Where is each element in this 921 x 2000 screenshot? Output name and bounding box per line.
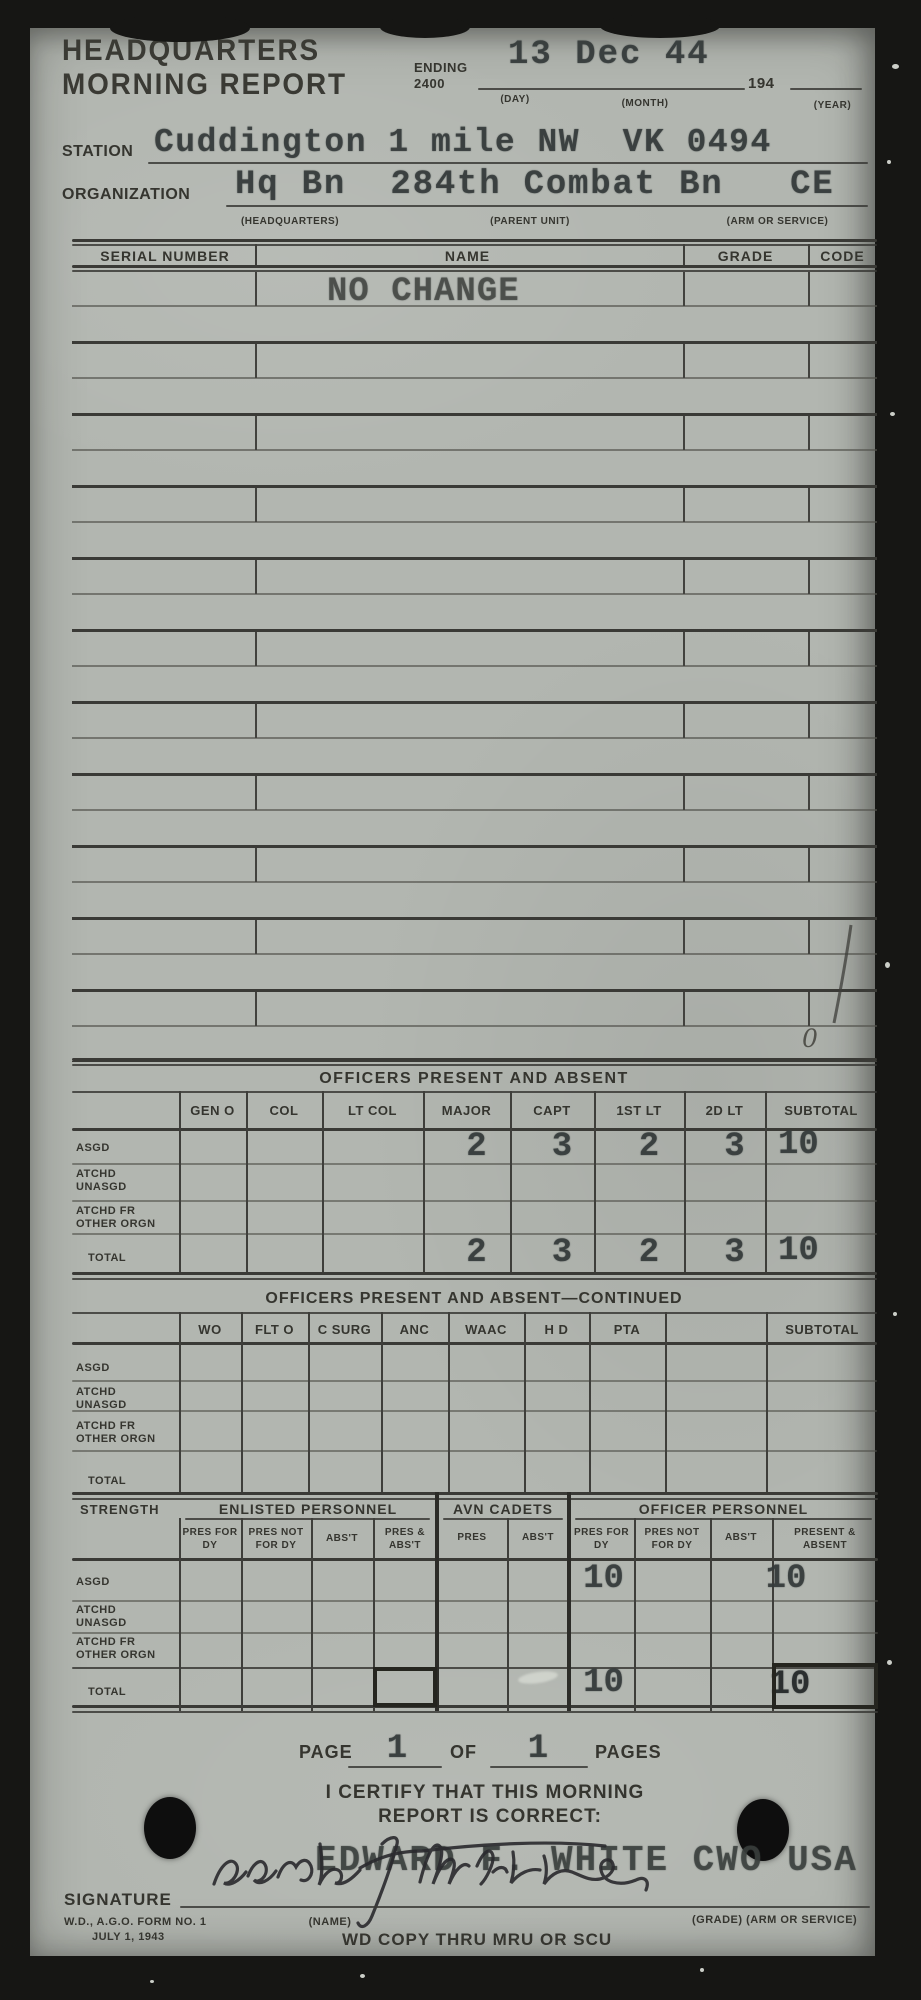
strength-grid-v6 [634, 1518, 636, 1711]
officers-asgd-capt: 3 [520, 1128, 604, 1166]
strength-grid-v7 [710, 1518, 712, 1711]
officers-continued-title: OFFICERS PRESENT AND ABSENT—CONTINUED [174, 1290, 774, 1308]
continued-row-rule1 [72, 1380, 877, 1382]
continued-row-total: TOTAL [88, 1475, 126, 1487]
strength-group-underline1 [185, 1518, 430, 1520]
scanned-morning-report: HEADQUARTERS MORNING REPORT ENDING 2400 … [0, 0, 921, 2000]
day-label: (DAY) [480, 94, 550, 105]
year-underline [790, 88, 862, 90]
pages-label: PAGES [595, 1742, 662, 1763]
strength-total-off-pres: 10 [573, 1664, 634, 1702]
station-label: STATION [62, 143, 133, 161]
officers-col-2d-lt: 2D LT [684, 1103, 765, 1118]
roster-header-sep1 [255, 244, 257, 265]
officers-row-rule2 [72, 1200, 877, 1202]
form-number: W.D., A.G.O. FORM NO. 1 [64, 1916, 207, 1928]
continued-grid-v5 [448, 1312, 450, 1492]
officers-total-capt: 3 [520, 1234, 604, 1272]
officers-asgd-major: 2 [433, 1128, 520, 1166]
continued-grid-v9 [766, 1312, 768, 1492]
continued-grid-v2 [241, 1312, 243, 1492]
roster-entry-no-change: NO CHANGE [327, 273, 520, 311]
page-underline [348, 1766, 442, 1768]
scan-edge-blob2 [380, 16, 470, 38]
strength-top-rule2 [72, 1498, 878, 1500]
continued-col-c-surg: C SURG [308, 1322, 381, 1337]
officers-row-atchd-fr: ATCHD FR [76, 1205, 135, 1217]
strength-col-enl-pres-abst: PRES & ABS'T [375, 1526, 435, 1552]
officers-total-2d-lt: 3 [694, 1234, 775, 1272]
strength-bottom-rule [72, 1705, 878, 1708]
strength-col-enl-abst: ABS'T [311, 1532, 373, 1545]
officers-top-rule [72, 1091, 877, 1093]
strength-row-rule1 [72, 1600, 878, 1602]
continued-grid-v6 [524, 1312, 526, 1492]
officers-col-gen-o: GEN O [179, 1103, 246, 1118]
certify-line1: I CERTIFY THAT THIS MORNING [235, 1782, 735, 1804]
continued-col-waac: WAAC [448, 1322, 524, 1337]
whiteout-smudge [517, 1669, 558, 1685]
scan-speck8 [700, 1968, 704, 1972]
scan-speck4 [885, 962, 890, 968]
strength-row-unasgd: UNASGD [76, 1617, 127, 1629]
continued-grid-v1 [179, 1312, 181, 1492]
officers-col-capt: CAPT [510, 1103, 594, 1118]
roster-header-sep2 [683, 244, 685, 265]
typed-signature-name: EDWARD F. WHITE CWO USA [315, 1840, 858, 1881]
continued-grid-v3 [308, 1312, 310, 1492]
continued-row-rule2 [72, 1410, 877, 1412]
month-label: (MONTH) [605, 98, 685, 109]
scan-speck1 [892, 64, 899, 69]
officers-bottom-rule [72, 1272, 877, 1275]
officers-col-major: MAJOR [423, 1103, 510, 1118]
roster-tick-code [808, 272, 810, 1060]
certify-line2: REPORT IS CORRECT: [240, 1806, 740, 1828]
officers-total-subtotal: 10 [778, 1232, 819, 1270]
continued-grid-v8 [665, 1312, 667, 1492]
strength-asgd-off-present-absent: 10 [746, 1560, 826, 1598]
scan-speck6 [887, 1660, 892, 1665]
strength-group-sep2 [567, 1492, 571, 1711]
officers-grid-v3 [322, 1091, 324, 1272]
organization-label: ORGANIZATION [62, 186, 190, 204]
officers-row-asgd: ASGD [76, 1142, 110, 1154]
strength-group-officer: OFFICER PERSONNEL [569, 1501, 878, 1517]
strength-row-rule2 [72, 1632, 878, 1634]
organization-underline [226, 205, 868, 207]
strength-row-total: TOTAL [88, 1686, 126, 1698]
continued-row-atchd: ATCHD [76, 1386, 116, 1398]
roster-col-grade: GRADE [683, 248, 808, 264]
roster-ruled-body [72, 272, 877, 1062]
roster-bottom-rule2 [72, 1064, 877, 1066]
scan-speck3 [890, 412, 895, 416]
roster-top-rule2 [72, 244, 877, 246]
strength-bottom-rule2 [72, 1711, 878, 1713]
strength-grid-v1 [179, 1518, 181, 1711]
continued-row-rule3 [72, 1450, 877, 1452]
scan-speck9 [150, 1980, 154, 1983]
officers-col-lt-col: LT COL [322, 1103, 423, 1118]
year-label: (YEAR) [795, 100, 870, 111]
continued-grid-v7 [589, 1312, 591, 1492]
scan-speck7 [360, 1974, 365, 1978]
roster-tick-grade [683, 272, 685, 1060]
continued-col-anc: ANC [381, 1322, 448, 1337]
strength-total-enl-pres-abst-box [373, 1667, 437, 1707]
officers-col-subtotal: SUBTOTAL [765, 1103, 877, 1118]
parent-unit-sublabel: (PARENT UNIT) [470, 216, 590, 227]
headquarters-sublabel: (HEADQUARTERS) [225, 216, 355, 227]
punch-hole-left [144, 1797, 196, 1859]
strength-grid-v2 [241, 1518, 243, 1711]
scan-edge-blob3 [600, 14, 720, 38]
strength-col-avn-abst: ABS'T [507, 1532, 569, 1543]
of-label: OF [450, 1742, 477, 1763]
officers-total-major: 2 [433, 1234, 520, 1272]
strength-group-underline2 [443, 1518, 563, 1520]
form-date: JULY 1, 1943 [92, 1931, 165, 1943]
roster-top-rule [72, 239, 877, 242]
roster-tick-serial [255, 272, 257, 1060]
strength-grid-v3 [311, 1518, 313, 1711]
roster-col-code: CODE [808, 248, 877, 264]
roster-bottom-rule [72, 1058, 877, 1061]
officers-col-1st-lt: 1ST LT [594, 1103, 684, 1118]
continued-top-rule [72, 1312, 877, 1314]
scan-speck2 [887, 160, 891, 164]
organization-value: Hq Bn 284th Combat Bn CE [235, 166, 835, 204]
roster-col-name: NAME [255, 248, 680, 264]
officers-row-atchd: ATCHD [76, 1168, 116, 1180]
continued-grid-v4 [381, 1312, 383, 1492]
strength-row-other-orgn: OTHER ORGN [76, 1649, 156, 1661]
strength-col-enl-pres-for-dy: PRES FOR DY [181, 1526, 239, 1552]
continued-col-wo: WO [179, 1322, 241, 1337]
handwritten-zero: 0 [802, 1024, 818, 1053]
strength-group-enlisted: ENLISTED PERSONNEL [179, 1501, 437, 1517]
grade-arm-sublabel: (GRADE) (ARM OR SERVICE) [692, 1914, 857, 1926]
strength-asgd-off-pres: 10 [573, 1560, 634, 1598]
strength-col-off-pres-not: PRES NOT FOR DY [636, 1526, 708, 1552]
strength-col-off-present-absent: PRESENT & ABSENT [774, 1526, 876, 1552]
strength-row-asgd: ASGD [76, 1576, 110, 1588]
continued-row-atchd-fr: ATCHD FR [76, 1420, 135, 1432]
officers-asgd-2d-lt: 3 [694, 1128, 775, 1166]
strength-col-avn-pres: PRES [437, 1532, 507, 1543]
continued-row-other-orgn: OTHER ORGN [76, 1433, 156, 1445]
signature-line [180, 1906, 870, 1908]
name-sublabel: (NAME) [285, 1916, 375, 1928]
strength-corner-label: STRENGTH [80, 1502, 160, 1517]
officers-row-total: TOTAL [88, 1252, 126, 1264]
strength-total-off-present-absent-box [772, 1663, 878, 1709]
officers-col-col: COL [246, 1103, 322, 1118]
strength-col-off-pres-for-dy: PRES FOR DY [571, 1526, 632, 1552]
signature-label: SIGNATURE [64, 1890, 172, 1910]
scan-edge-blob1 [110, 14, 250, 42]
page-value: 1 [375, 1730, 419, 1768]
roster-header-sep3 [808, 244, 810, 265]
roster-col-serial: SERIAL NUMBER [80, 248, 250, 264]
page-label: PAGE [299, 1742, 353, 1763]
continued-col-subtotal: SUBTOTAL [766, 1322, 878, 1337]
officers-asgd-1st-lt: 2 [604, 1128, 694, 1166]
date-underline [478, 88, 745, 90]
continued-col-pta: PTA [589, 1322, 665, 1337]
ending-2400: 2400 [414, 76, 445, 91]
officers-grid-v2 [246, 1091, 248, 1272]
strength-group-underline3 [575, 1518, 872, 1520]
strength-top-rule [72, 1492, 878, 1495]
station-value: Cuddington 1 mile NW VK 0494 [154, 124, 772, 161]
officers-grid-v4 [423, 1091, 425, 1272]
pages-value: 1 [516, 1730, 560, 1768]
continued-row-asgd: ASGD [76, 1362, 110, 1374]
arm-or-service-sublabel: (ARM OR SERVICE) [710, 216, 845, 227]
pages-underline [490, 1766, 588, 1768]
officers-total-1st-lt: 2 [604, 1234, 694, 1272]
continued-col-flt-o: FLT O [241, 1322, 308, 1337]
continued-col-h-d: H D [524, 1322, 589, 1337]
year-stub: 194 [748, 75, 775, 92]
strength-group-avn-cadets: AVN CADETS [437, 1501, 569, 1517]
scan-speck5 [893, 1312, 897, 1316]
officers-row-other-orgn: OTHER ORGN [76, 1218, 156, 1230]
continued-header-rule [72, 1342, 877, 1345]
strength-row-atchd: ATCHD [76, 1604, 116, 1616]
roster-header-rule [72, 265, 877, 268]
officers-table-title: OFFICERS PRESENT AND ABSENT [174, 1070, 774, 1088]
wd-copy-note: WD COPY THRU MRU OR SCU [342, 1930, 612, 1950]
form-title-line2: MORNING REPORT [62, 68, 347, 102]
officers-row-unasgd: UNASGD [76, 1181, 127, 1193]
strength-grid-v5 [507, 1518, 509, 1711]
station-underline [148, 162, 868, 164]
strength-col-enl-pres-not: PRES NOT FOR DY [243, 1526, 309, 1552]
strength-row-atchd-fr: ATCHD FR [76, 1636, 135, 1648]
report-date-value: 13 Dec 44 [508, 36, 710, 74]
officers-asgd-subtotal: 10 [778, 1126, 819, 1164]
ending-label: ENDING [414, 60, 468, 75]
officers-grid-v1 [179, 1091, 181, 1272]
strength-col-off-abst: ABS'T [710, 1532, 772, 1543]
officers-bottom-rule2 [72, 1278, 877, 1280]
paper-sheet: HEADQUARTERS MORNING REPORT ENDING 2400 … [30, 28, 875, 1956]
continued-row-unasgd: UNASGD [76, 1399, 127, 1411]
